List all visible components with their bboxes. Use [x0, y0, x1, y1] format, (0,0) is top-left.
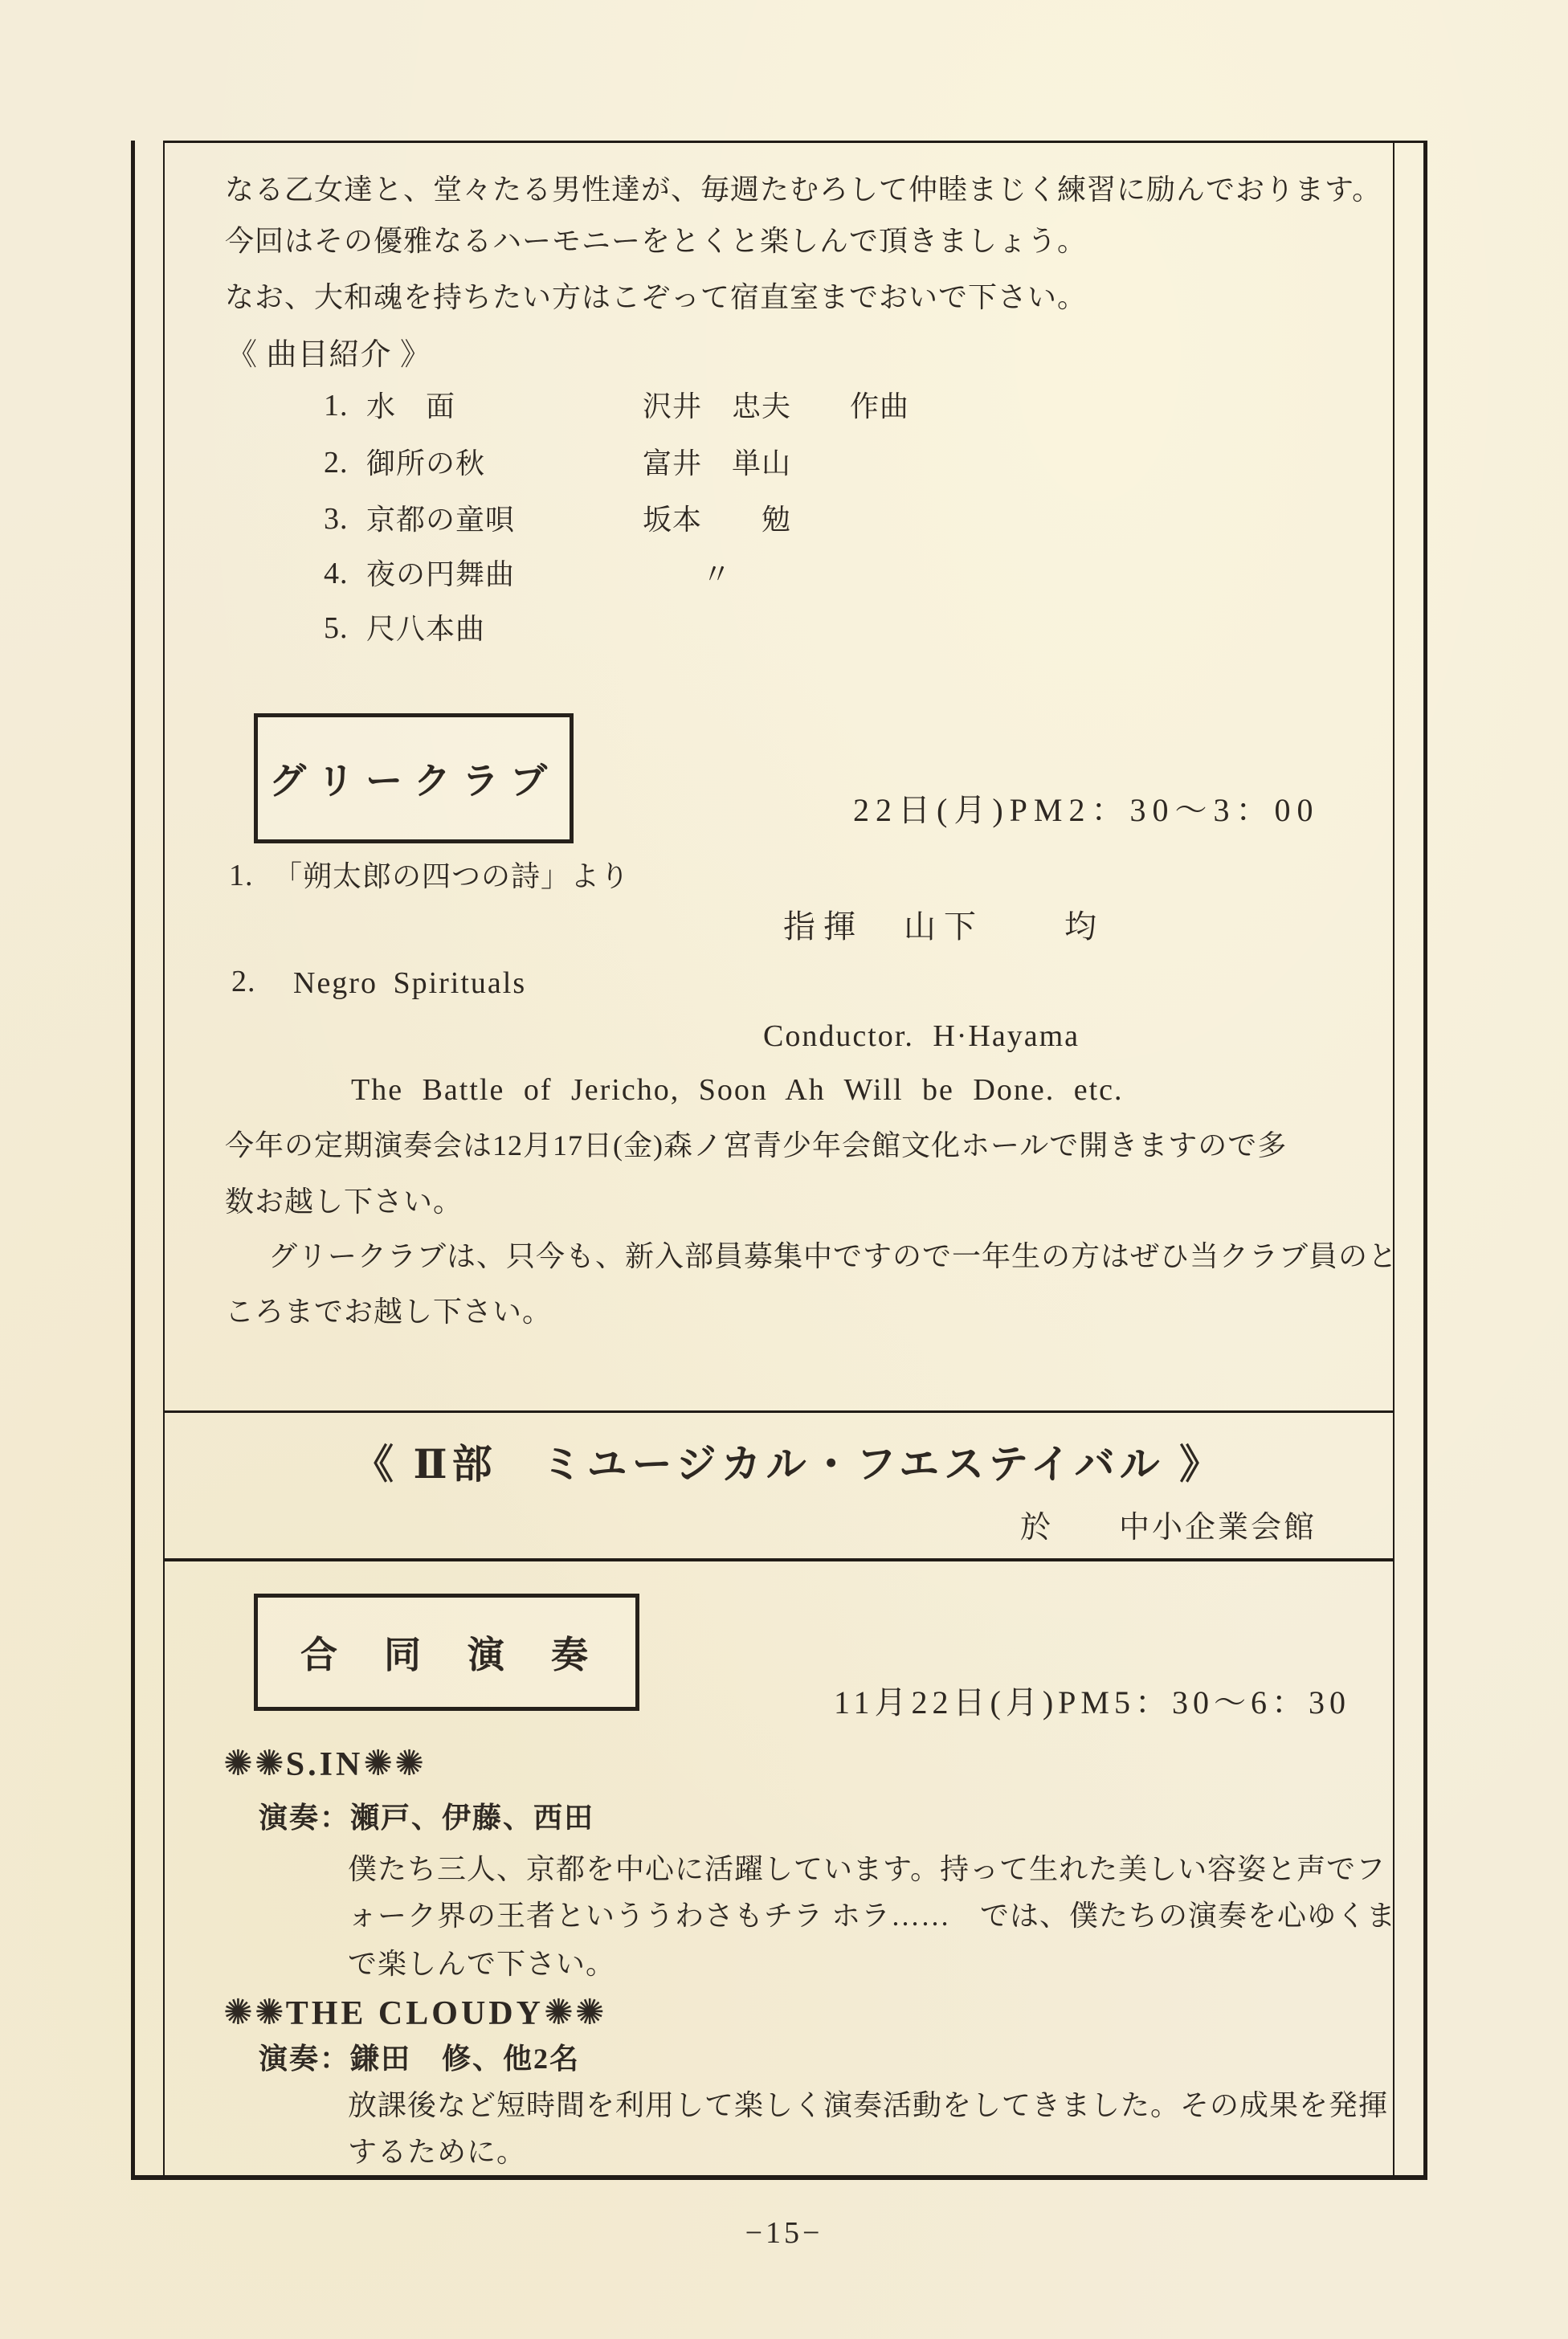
program-no: 5. [324, 610, 349, 647]
program-title: 御所の秋 [366, 447, 485, 481]
program-no: 3. [324, 501, 349, 538]
frame-bottom-rule [131, 2175, 1427, 2180]
program-title: 水 面 [366, 390, 455, 424]
section-divider-bottom [165, 1558, 1393, 1561]
program-title: 夜の円舞曲 [366, 557, 515, 592]
section-divider-top [165, 1410, 1393, 1413]
scanned-program-page: なる乙女達と、堂々たる男性達が、毎週たむろして仲睦まじく練習に励んでおります。 … [0, 0, 1568, 2339]
group-sin-desc-line-1: 僕たち三人、京都を中心に活躍しています。持って生れた美しい容姿と声でフ [348, 1852, 1386, 1887]
part2-venue: 於 中小企業会館 [1020, 1510, 1317, 1547]
program-composer: 〃 [643, 557, 732, 592]
group-sin-desc-line-3: で楽しんで下さい。 [348, 1947, 615, 1982]
glee-conductor-jp: 指揮 山下 均 [783, 908, 1105, 946]
flower-decor-icon: ✺✺ [363, 1744, 426, 1783]
program-composer: 富井 単山 [643, 447, 791, 481]
glee-item-title: 「朔太郎の四つの詩」より [273, 859, 630, 894]
joint-time: 11月22日(月)PM5：30～6：30 [834, 1684, 1350, 1722]
intro-line-2: 今回はその優雅なるハーモニーをとくと楽しんで頂きましょう。 [225, 224, 1087, 259]
program-title: 尺八本曲 [366, 612, 485, 647]
glee-notice-line-1: 今年の定期演奏会は12月17日(金)森ノ宮青少年会館文化ホールで開きますので多 [225, 1129, 1287, 1163]
frame-left-outer-rule [131, 141, 135, 2180]
group-cloudy-performers: 演奏：鎌田 修、他2名 [259, 2042, 580, 2076]
glee-item-title: Negro Spirituals [293, 965, 526, 1002]
group-cloudy-desc-line-2: するために。 [348, 2135, 526, 2170]
frame-top-rule [163, 141, 1427, 143]
program-composer: 坂本 勉 [643, 503, 791, 537]
group-sin-heading: ✺✺S.IN✺✺ [223, 1743, 426, 1786]
group-sin-performers: 演奏：瀬戸、伊藤、西田 [259, 1801, 594, 1835]
intro-line-1: なる乙女達と、堂々たる男性達が、毎週たむろして仲睦まじく練習に励んでおります。 [225, 173, 1382, 207]
glee-time: 22日(月)PM2：30～3：00 [853, 791, 1319, 830]
part2-heading: 《 Ⅱ部 ミユージカル・フエステイバル 》 [353, 1440, 1224, 1488]
glee-notice-line-2: 数お越し下さい。 [225, 1185, 463, 1219]
flower-decor-icon: ✺✺ [223, 1744, 286, 1783]
page-number: −15− [0, 2215, 1568, 2251]
program-title: 京都の童唄 [366, 503, 515, 537]
group-cloudy-heading: ✺✺THE CLOUDY✺✺ [223, 1992, 606, 2035]
frame-left-inner-rule [163, 141, 165, 2180]
group-cloudy-name: THE CLOUDY [286, 1995, 544, 2032]
program-no: 1. [324, 388, 349, 425]
program-role: 作曲 [850, 390, 909, 424]
glee-conductor-en: Conductor. H·Hayama [763, 1018, 1080, 1055]
glee-item-no: 2. [231, 964, 256, 1001]
program-no: 4. [324, 556, 349, 593]
flower-decor-icon: ✺✺ [223, 1993, 286, 2032]
program-no: 2. [324, 445, 349, 482]
glee-song-list: The Battle of Jericho, Soon Ah Will be D… [351, 1072, 1124, 1109]
program-composer: 沢井 忠夫 [643, 390, 791, 424]
flower-decor-icon: ✺✺ [544, 1993, 606, 2032]
frame-right-inner-rule [1393, 141, 1394, 2180]
glee-club-title-box: グリークラブ [254, 713, 574, 843]
group-sin-name: S.IN [286, 1746, 364, 1783]
program-list-heading: 《 曲目紹介 》 [227, 337, 431, 374]
glee-item-no: 1. [229, 858, 254, 895]
glee-notice-line-4: ころまでお越し下さい。 [225, 1295, 552, 1329]
intro-line-3: なお、大和魂を持ちたい方はこぞって宿直室までおいで下さい。 [225, 280, 1087, 315]
frame-right-outer-rule [1423, 141, 1427, 2180]
group-cloudy-desc-line-1: 放課後など短時間を利用して楽しく演奏活動をしてきました。その成果を発揮 [348, 2088, 1388, 2123]
joint-performance-title-box: 合 同 演 奏 [254, 1594, 639, 1711]
group-sin-desc-line-2: ォーク界の王者といううわさもチラ ホラ…… では、僕たちの演奏を心ゆくま [348, 1899, 1396, 1933]
glee-notice-line-3: グリークラブは、只今も、新入部員募集中ですので一年生の方はぜひ当クラブ員のと [268, 1239, 1398, 1274]
